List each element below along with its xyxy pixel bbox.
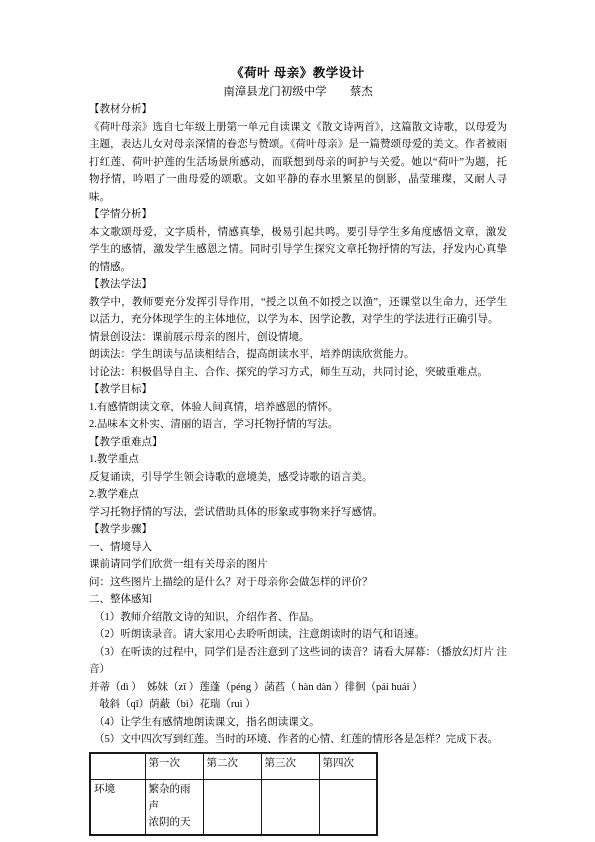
section-key-difficult-points: 【教学重难点】 1.教学重点 反复诵读，引导学生领会诗歌的意境美，感受诗歌的语言… [89, 434, 507, 522]
section-heading: 【教法学法】 [89, 276, 507, 294]
pinyin-line: 攲斜（qī）荫蔽（bì）花瑞（ruì ） [89, 696, 507, 714]
paragraph: （4）让学生有感情地朗读课文，指名朗读课文。 [89, 714, 507, 732]
table-header-cell: 第二次 [203, 753, 261, 780]
section-heading: 【教学重难点】 [89, 434, 507, 452]
paragraph: 2.教学难点 [89, 486, 507, 504]
section-heading: 【教材分析】 [89, 101, 507, 119]
table-header-cell [90, 753, 145, 780]
paragraph: 2.品味本文朴实、清丽的语言，学习托物抒情的写法。 [89, 416, 507, 434]
table-row-label: 环境 [90, 780, 145, 835]
table-cell [319, 780, 377, 835]
table-header-cell: 第四次 [319, 753, 377, 780]
document-page: 《荷叶 母亲》教学设计 南漳县龙门初级中学 蔡杰 【教材分析】 《荷叶母亲》选自… [0, 0, 595, 842]
lotus-observation-table: 第一次 第二次 第三次 第四次 环境 繁杂的雨声 浓阴的天 [89, 752, 378, 836]
paragraph: 1.有感情朗读文章，体验人间真情，培养感恩的情怀。 [89, 399, 507, 417]
section-learner-analysis: 【学情分析】 本文歌颂母爱，文字质朴，情感真挚，极易引起共鸣。要引导学生多角度感… [89, 206, 507, 276]
paragraph: 《荷叶母亲》选自七年级上册第一单元自读课文《散文诗两首》，这篇散文诗歌，以母爱为… [89, 119, 507, 207]
paragraph: （2）听朗读录音。请大家用心去聆听朗读，注意朗读时的语气和语速。 [89, 626, 507, 644]
paragraph: 反复诵读，引导学生领会诗歌的意境美，感受诗歌的语言美。 [89, 469, 507, 487]
paragraph: 情景创设法：课前展示母亲的图片，创设情境。 [89, 329, 507, 347]
paragraph: 课前请同学们欣赏一组有关母亲的图片 [89, 556, 507, 574]
section-material-analysis: 【教材分析】 《荷叶母亲》选自七年级上册第一单元自读课文《散文诗两首》，这篇散文… [89, 101, 507, 206]
table-cell [203, 780, 261, 835]
paragraph: 一、情境导入 [89, 539, 507, 557]
section-heading: 【教学目标】 [89, 381, 507, 399]
doc-byline: 南漳县龙门初级中学 蔡杰 [89, 83, 507, 101]
table-header-cell: 第一次 [145, 753, 203, 780]
paragraph: 本文歌颂母爱，文字质朴，情感真挚，极易引起共鸣。要引导学生多角度感悟文章，激发学… [89, 224, 507, 277]
paragraph: 学习托物抒情的写法，尝试借助具体的形象或事物来抒写感情。 [89, 504, 507, 522]
table-cell: 繁杂的雨声 浓阴的天 [145, 780, 203, 835]
paragraph: 讨论法：积极倡导自主、合作、探究的学习方式，师生互动，共同讨论，突破重难点。 [89, 364, 507, 382]
paragraph: 1.教学重点 [89, 451, 507, 469]
paragraph: （1）教师介绍散文诗的知识，介绍作者、作品。 [89, 609, 507, 627]
section-teaching-steps: 【教学步骤】 一、情境导入 课前请同学们欣赏一组有关母亲的图片 问：这些图片上描… [89, 521, 507, 749]
paragraph: （5）文中四次写到红莲。当时的环境、作者的心情、红莲的情形各是怎样？完成下表。 [89, 731, 507, 749]
section-heading: 【教学步骤】 [89, 521, 507, 539]
paragraph: 二、整体感知 [89, 591, 507, 609]
doc-title: 《荷叶 母亲》教学设计 [89, 63, 507, 83]
section-heading: 【学情分析】 [89, 206, 507, 224]
section-teaching-methods: 【教法学法】 教学中，教师要充分发挥引导作用，“授之以鱼不如授之以渔”，还课堂以… [89, 276, 507, 381]
table-cell [261, 780, 319, 835]
paragraph: 问：这些图片上描绘的是什么？对于母亲你会做怎样的评价？ [89, 574, 507, 592]
paragraph: 朗读法：学生朗读与品读相结合，提高朗读水平，培养朗读欣赏能力。 [89, 346, 507, 364]
table-row: 环境 繁杂的雨声 浓阴的天 [90, 780, 377, 835]
pinyin-line: 并蒂（dì ） 姊妹（zǐ ）莲蓬（péng ）菡萏（ hàn dàn ）徘徊（… [89, 679, 507, 697]
table-header-cell: 第三次 [261, 753, 319, 780]
section-teaching-goals: 【教学目标】 1.有感情朗读文章，体验人间真情，培养感恩的情怀。 2.品味本文朴… [89, 381, 507, 434]
paragraph: （3）在听读的过程中，同学们是否注意到了这些词的读音？请看大屏幕：（播放幻灯片 … [89, 644, 507, 679]
paragraph: 教学中，教师要充分发挥引导作用，“授之以鱼不如授之以渔”，还课堂以生命力，还学生… [89, 294, 507, 329]
